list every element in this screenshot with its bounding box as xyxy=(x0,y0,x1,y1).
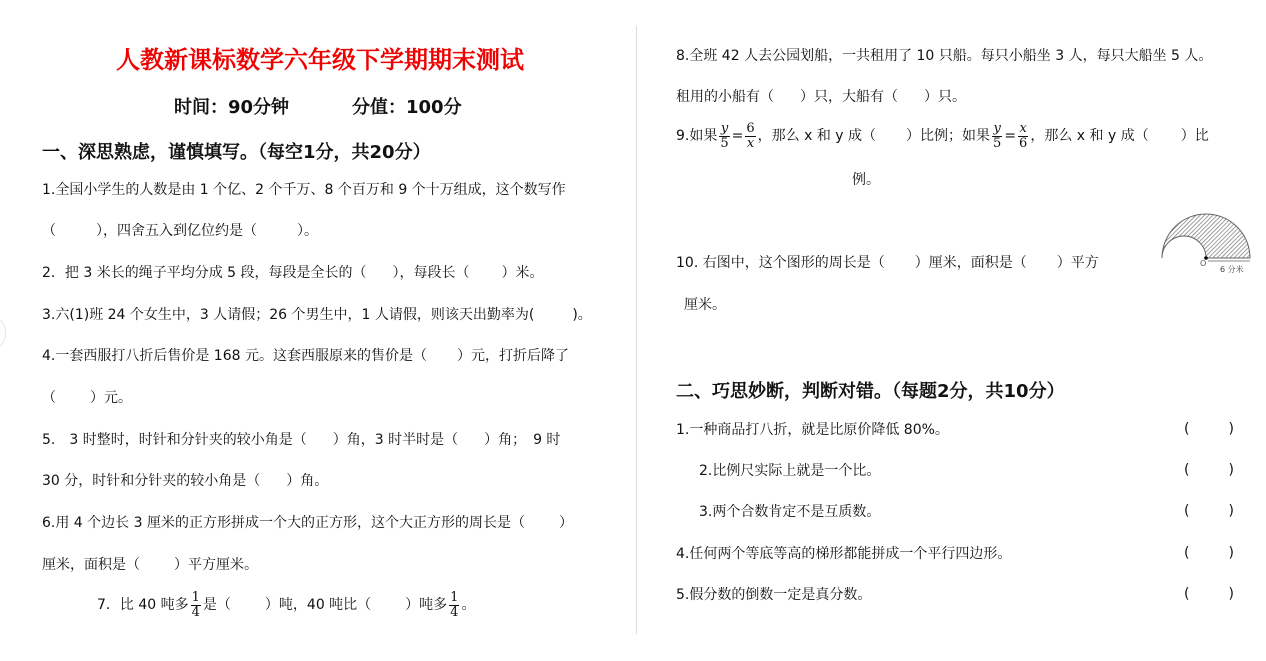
exam-time: 时间：90分钟 xyxy=(174,93,289,119)
q9-c: ）比例；如果 xyxy=(906,128,990,144)
fraction-6-over-x: 6x xyxy=(745,122,755,151)
section2-heading: 二、巧思妙断，判断对错。（每题2分，共10分） xyxy=(676,377,1065,403)
q9-b: ，那么 x 和 y 成（ xyxy=(758,128,876,144)
q4-b: ）元，打折后降了 xyxy=(457,348,569,364)
q7-c: ）吨，40 吨比（ xyxy=(265,597,371,613)
q6-line2: 厘米，面积是（）平方厘米。 xyxy=(42,556,258,574)
figure-center-label: O xyxy=(1200,259,1206,268)
q10-c: ）平方 xyxy=(1057,255,1099,271)
q4-open: （ xyxy=(42,390,56,406)
q4-line1: 4.一套西服打八折后售价是 168 元。这套西服原来的售价是（）元，打折后降了 xyxy=(42,347,569,365)
q3-b: )。 xyxy=(572,307,591,323)
figure-dimension-label: 6 分米 xyxy=(1220,264,1244,275)
q4-end: ）元。 xyxy=(90,390,132,406)
judge-answer-2[interactable]: () xyxy=(1184,462,1234,478)
q7-a: 7．比 40 吨多 xyxy=(97,597,189,613)
q7-b: 是（ xyxy=(203,597,231,613)
q8-line2: 租用的小船有（）只，大船有（）只。 xyxy=(676,88,966,106)
q7: 7．比 40 吨多14是（）吨，40 吨比（）吨多14。 xyxy=(97,589,475,621)
q6-a: 6.用 4 个边长 3 厘米的正方形拼成一个大的正方形，这个大正方形的周长是（ xyxy=(42,515,525,531)
judge-item-4: 4.任何两个等底等高的梯形都能拼成一个平行四边形。 xyxy=(676,545,1011,563)
q8-b: ）只，大船有（ xyxy=(800,89,898,105)
q4-line2: （）元。 xyxy=(42,389,132,407)
q2-a: 2．把 3 米长的绳子平均分成 5 段，每段是全长的（ xyxy=(42,265,367,281)
judge-item-2: 2.比例尺实际上就是一个比。 xyxy=(699,462,880,480)
page-edge-mark xyxy=(0,318,6,348)
q5-a: 5. 3 时整时，时针和分针夹的较小角是（ xyxy=(42,432,307,448)
q1-open: （ xyxy=(42,223,56,239)
q5-b: ）角，3 时半时是（ xyxy=(333,432,458,448)
semicircle-figure: O 6 分米 xyxy=(1158,206,1262,278)
judge-answer-3[interactable]: () xyxy=(1184,503,1234,519)
judge-item-5: 5.假分数的倒数一定是真分数。 xyxy=(676,586,871,604)
section1-heading: 一、深思熟虑，谨慎填写。（每空1分，共20分） xyxy=(42,138,431,164)
q7-e: 。 xyxy=(461,597,475,613)
q8-a: 租用的小船有（ xyxy=(676,89,774,105)
q1-line1: 1.全国小学生的人数是由 1 个亿、2 个千万、8 个百万和 9 个十万组成，这… xyxy=(42,181,566,199)
q4-a: 4.一套西服打八折后售价是 168 元。这套西服原来的售价是（ xyxy=(42,348,427,364)
q9-line1: 9.如果y5=6x，那么 x 和 y 成（）比例；如果y5=x6，那么 x 和 … xyxy=(676,118,1209,154)
fraction-one-quarter: 14 xyxy=(191,591,201,620)
q2-c: ）米。 xyxy=(502,265,544,281)
q2: 2．把 3 米长的绳子平均分成 5 段，每段是全长的（），每段长（）米。 xyxy=(42,264,544,282)
fraction-x-over-6: x6 xyxy=(1018,122,1028,151)
q2-b: ），每段长（ xyxy=(393,265,470,281)
q5-e: ）角。 xyxy=(286,473,328,489)
column-divider xyxy=(636,26,637,634)
fraction-y-over-5: y5 xyxy=(719,122,729,151)
fraction-y-over-5-b: y5 xyxy=(992,122,1002,151)
q10-a: 10. 右图中，这个图形的周长是（ xyxy=(676,255,885,271)
q6-c: 厘米，面积是（ xyxy=(42,557,140,573)
judge-answer-4[interactable]: () xyxy=(1184,545,1234,561)
q5-c: ）角； 9 时 xyxy=(484,432,560,448)
q1-line2: （），四舍五入到亿位约是（）。 xyxy=(42,222,318,240)
q10-b: ）厘米，面积是（ xyxy=(915,255,1027,271)
q10-line1: 10. 右图中，这个图形的周长是（）厘米，面积是（）平方 xyxy=(676,254,1099,272)
judge-answer-1[interactable]: () xyxy=(1184,421,1234,437)
q9-d: ，那么 x 和 y 成（ xyxy=(1030,128,1148,144)
equals-sign-2: = xyxy=(1004,128,1016,144)
exam-score: 分值：100分 xyxy=(352,93,462,119)
document-title: 人教新课标数学六年级下学期期末测试 xyxy=(0,40,640,75)
q6-b: ） xyxy=(559,515,573,531)
q1-mid: ），四舍五入到亿位约是（ xyxy=(96,223,257,239)
q10-line2: 厘米。 xyxy=(684,296,726,314)
fraction-one-quarter-2: 14 xyxy=(449,591,459,620)
q8-line1: 8.全班 42 人去公园划船，一共租用了 10 只船。每只小船坐 3 人，每只大… xyxy=(676,47,1212,65)
q1-end: ）。 xyxy=(297,223,318,239)
q9-line2: 例。 xyxy=(852,171,880,189)
equals-sign: = xyxy=(732,128,744,144)
judge-item-1: 1.一种商品打八折，就是比原价降低 80%。 xyxy=(676,421,949,439)
judge-item-3: 3.两个合数肯定不是互质数。 xyxy=(699,503,880,521)
q8-c: ）只。 xyxy=(924,89,966,105)
q5-d: 30 分，时针和分针夹的较小角是（ xyxy=(42,473,260,489)
q5-line1: 5. 3 时整时，时针和分针夹的较小角是（）角，3 时半时是（）角； 9 时 xyxy=(42,431,560,449)
q6-d: ）平方厘米。 xyxy=(174,557,258,573)
q5-line2: 30 分，时针和分针夹的较小角是（）角。 xyxy=(42,472,328,490)
q9-e: ）比 xyxy=(1181,128,1209,144)
q6-line1: 6.用 4 个边长 3 厘米的正方形拼成一个大的正方形，这个大正方形的周长是（） xyxy=(42,514,573,532)
q3: 3.六(1)班 24 个女生中，3 人请假；26 个男生中，1 人请假，则该天出… xyxy=(42,306,592,324)
q3-a: 3.六(1)班 24 个女生中，3 人请假；26 个男生中，1 人请假，则该天出… xyxy=(42,307,534,323)
q7-d: ）吨多 xyxy=(405,597,447,613)
judge-answer-5[interactable]: () xyxy=(1184,586,1234,602)
q9-a: 9.如果 xyxy=(676,128,717,144)
